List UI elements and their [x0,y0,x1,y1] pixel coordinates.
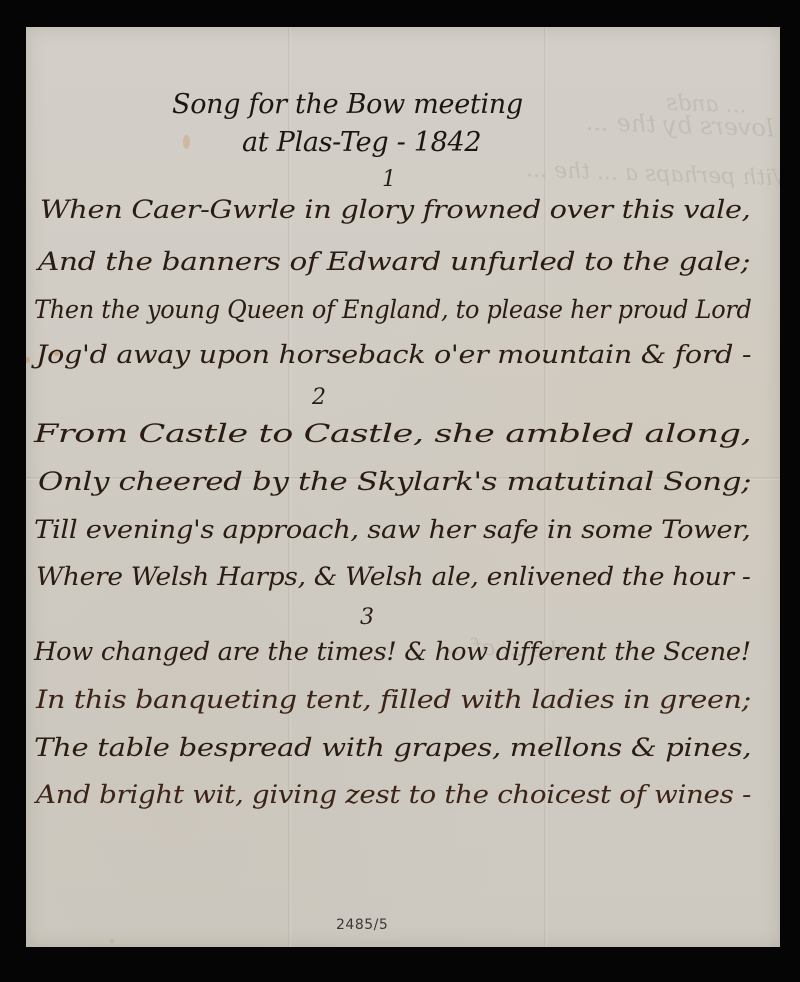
scan-background: Gay lovers by the ... ... ands With perh… [0,0,800,982]
ghost-text: ... ands [666,91,747,119]
ghost-text: With perhaps a ... the ... [526,157,780,191]
stanza-number: 1 [382,167,396,192]
verse-line: Only cheered by the Skylark's matutinal … [38,467,751,496]
catalog-number: 2485/5 [336,917,388,933]
verse-line: Where Welsh Harps, & Welsh ale, enlivene… [36,562,750,591]
stanza-number: 3 [360,605,374,630]
stain [110,939,114,943]
stanza-number: 2 [312,385,326,410]
stain [26,357,30,363]
verse-line: Till evening's approach, saw her safe in… [34,515,750,544]
verse-line: When Caer-Gwrle in glory frowned over th… [40,195,751,224]
verse-line: In this banqueting tent, filled with lad… [36,685,751,714]
manuscript-page: Gay lovers by the ... ... ands With perh… [26,27,780,947]
title-line-2: at Plas-Teg - 1842 [242,127,481,158]
ghost-text: Gay lovers by the ... [586,108,780,144]
stain [183,135,190,149]
verse-line: From Castle to Castle, she ambled along, [34,419,751,448]
verse-line: How changed are the times! & how differe… [34,637,751,666]
title-line-1: Song for the Bow meeting [172,89,523,120]
verse-line: And bright wit, giving zest to the choic… [36,780,751,809]
verse-line: The table bespread with grapes, mellons … [34,733,751,762]
verse-line: Jog'd away upon horseback o'er mountain … [36,340,751,369]
verse-line: And the banners of Edward unfurled to th… [38,247,750,276]
verse-line: Then the young Queen of England, to plea… [34,295,752,324]
